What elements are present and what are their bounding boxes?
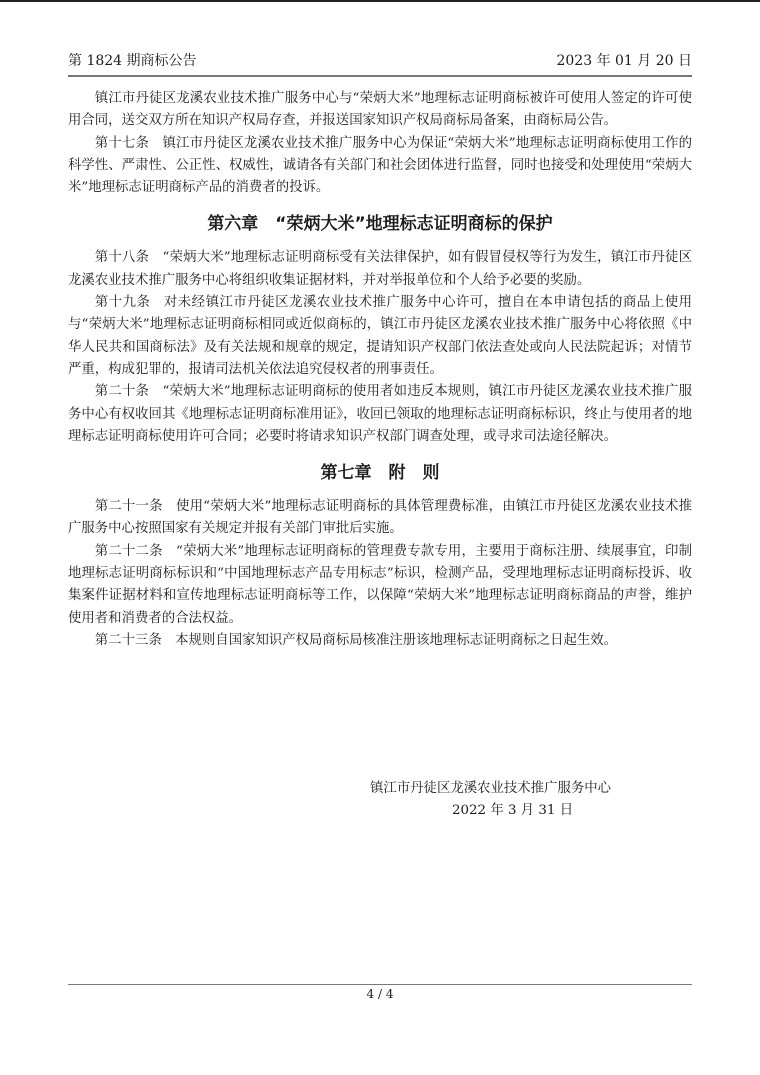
signature-organization: 镇江市丹徒区龙溪农业技术推广服务中心 [370,778,670,800]
article-number: 第二十条 [95,384,149,399]
article-number: 第二十三条 [95,633,162,648]
top-border [0,0,760,2]
header-date: 2023 年 01 月 20 日 [556,52,692,70]
footer-divider [68,984,692,985]
page-number: 4 / 4 [0,986,760,1002]
article-number: 第十七条 [95,136,149,151]
article-number: 第十八条 [95,250,149,265]
chapter-7-heading: 第七章 附 则 [68,461,692,485]
article-21: 第二十一条使用“荣炳大米”地理标志证明商标的具体管理费标准，由镇江市丹徒区龙溪农… [68,496,692,541]
page-header: 第 1824 期商标公告 2023 年 01 月 20 日 [68,52,692,70]
issue-number: 第 1824 期商标公告 [68,52,197,70]
article-number: 第十九条 [95,295,151,310]
chapter-6-heading: 第六章 “荣炳大米”地理标志证明商标的保护 [68,212,692,236]
article-19: 第十九条对未经镇江市丹徒区龙溪农业技术推广服务中心许可，擅自在本申请包括的商品上… [68,292,692,381]
article-text: “荣炳大米”地理标志证明商标的使用者如违反本规则，镇江市丹徒区龙溪农业技术推广服… [68,384,692,444]
article-17: 第十七条镇江市丹徒区龙溪农业技术推广服务中心为保证“荣炳大米”地理标志证明商标使… [68,133,692,200]
article-text: 对未经镇江市丹徒区龙溪农业技术推广服务中心许可，擅自在本申请包括的商品上使用与“… [68,295,692,377]
article-23: 第二十三条本规则自国家知识产权局商标局核准注册该地理标志证明商标之日起生效。 [68,630,692,652]
article-number: 第二十二条 [95,544,163,559]
article-text: 本规则自国家知识产权局商标局核准注册该地理标志证明商标之日起生效。 [175,633,617,648]
article-number: 第二十一条 [95,499,163,514]
article-18: 第十八条“荣炳大米”地理标志证明商标受有关法律保护，如有假冒侵权等行为发生，镇江… [68,247,692,292]
article-20: 第二十条“荣炳大米”地理标志证明商标的使用者如违反本规则，镇江市丹徒区龙溪农业技… [68,381,692,448]
signature-block: 镇江市丹徒区龙溪农业技术推广服务中心 2022 年 3 月 31 日 [370,778,670,822]
header-divider [68,75,692,77]
signature-date: 2022 年 3 月 31 日 [370,800,670,822]
document-body: 镇江市丹徒区龙溪农业技术推广服务中心与“荣炳大米”地理标志证明商标被许可使用人签… [68,88,692,652]
paragraph-continued: 镇江市丹徒区龙溪农业技术推广服务中心与“荣炳大米”地理标志证明商标被许可使用人签… [68,88,692,133]
article-text: 镇江市丹徒区龙溪农业技术推广服务中心为保证“荣炳大米”地理标志证明商标使用工作的… [68,136,692,196]
article-22: 第二十二条“荣炳大米”地理标志证明商标的管理费专款专用，主要用于商标注册、续展事… [68,541,692,630]
article-text: “荣炳大米”地理标志证明商标受有关法律保护，如有假冒侵权等行为发生，镇江市丹徒区… [68,250,692,287]
